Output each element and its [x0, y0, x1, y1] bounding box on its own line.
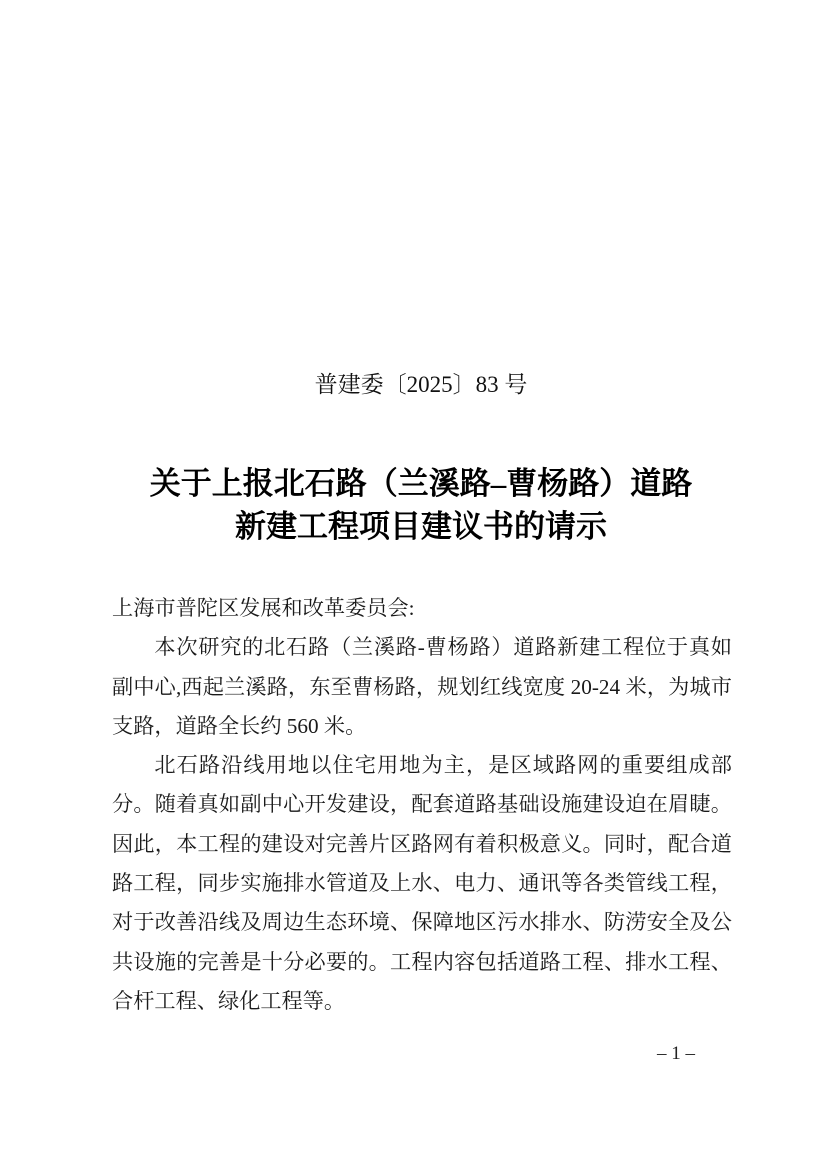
title-line-2: 新建工程项目建议书的请示: [112, 505, 730, 548]
doc-number: 普建委〔2025〕83 号: [112, 370, 730, 400]
title-line-1: 关于上报北石路（兰溪路–曹杨路）道路: [112, 462, 730, 505]
document-body: 上海市普陀区发展和改革委员会: 本次研究的北石路（兰溪路-曹杨路）道路新建工程位…: [112, 589, 732, 1021]
page-number: – 1 –: [636, 1042, 716, 1066]
document-title: 关于上报北石路（兰溪路–曹杨路）道路 新建工程项目建议书的请示: [112, 462, 730, 548]
salutation: 上海市普陀区发展和改革委员会:: [112, 589, 732, 628]
document-page: 普建委〔2025〕83 号 关于上报北石路（兰溪路–曹杨路）道路 新建工程项目建…: [0, 0, 826, 1169]
paragraph-2: 北石路沿线用地以住宅用地为主，是区域路网的重要组成部分。随着真如副中心开发建设，…: [112, 746, 732, 1021]
paragraph-1: 本次研究的北石路（兰溪路-曹杨路）道路新建工程位于真如副中心,西起兰溪路，东至曹…: [112, 628, 732, 746]
